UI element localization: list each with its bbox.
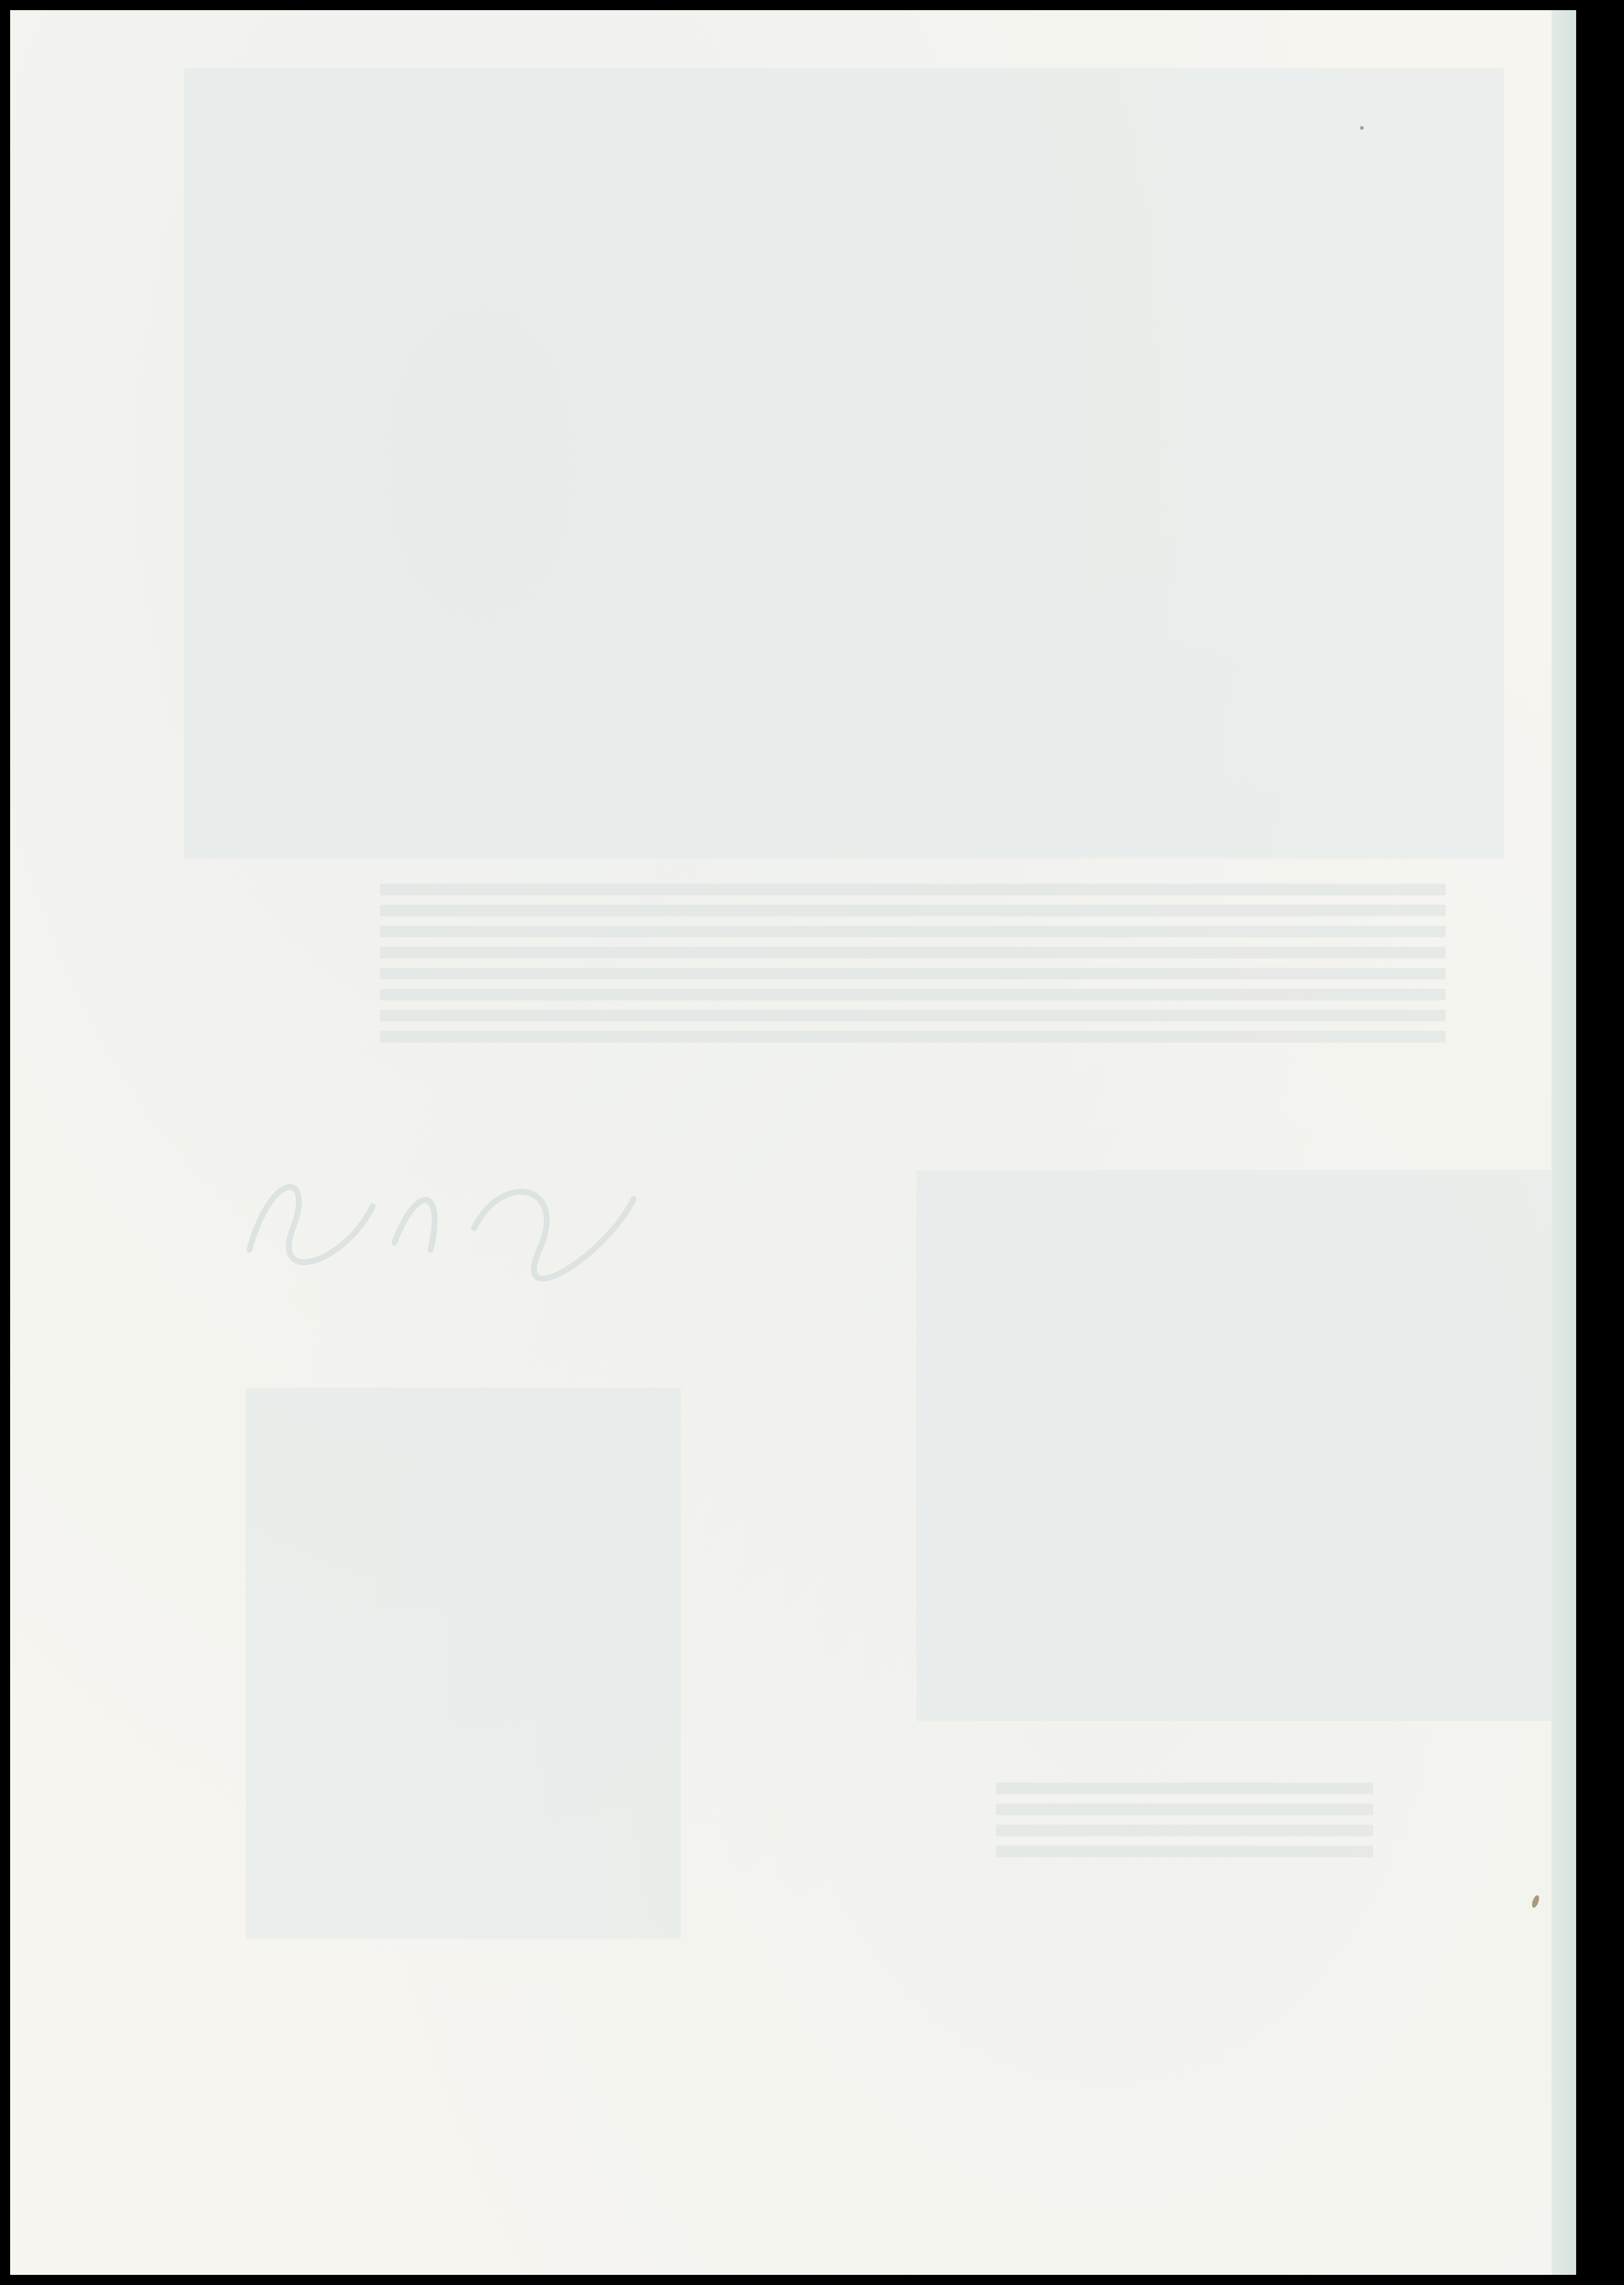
paper-speck (1360, 126, 1364, 130)
bleed-through-caption-right (996, 1783, 1373, 1866)
bleed-through-photo-top (184, 68, 1504, 858)
paper-speck (1530, 1894, 1541, 1909)
bleed-through-caption-top (380, 884, 1446, 1052)
bleed-through-photo-left (246, 1388, 681, 1938)
bleed-through-signature (228, 1141, 735, 1287)
page-edge-shadow (1551, 10, 1576, 2275)
scanned-page (10, 10, 1576, 2275)
bleed-through-photo-right (916, 1170, 1576, 1721)
